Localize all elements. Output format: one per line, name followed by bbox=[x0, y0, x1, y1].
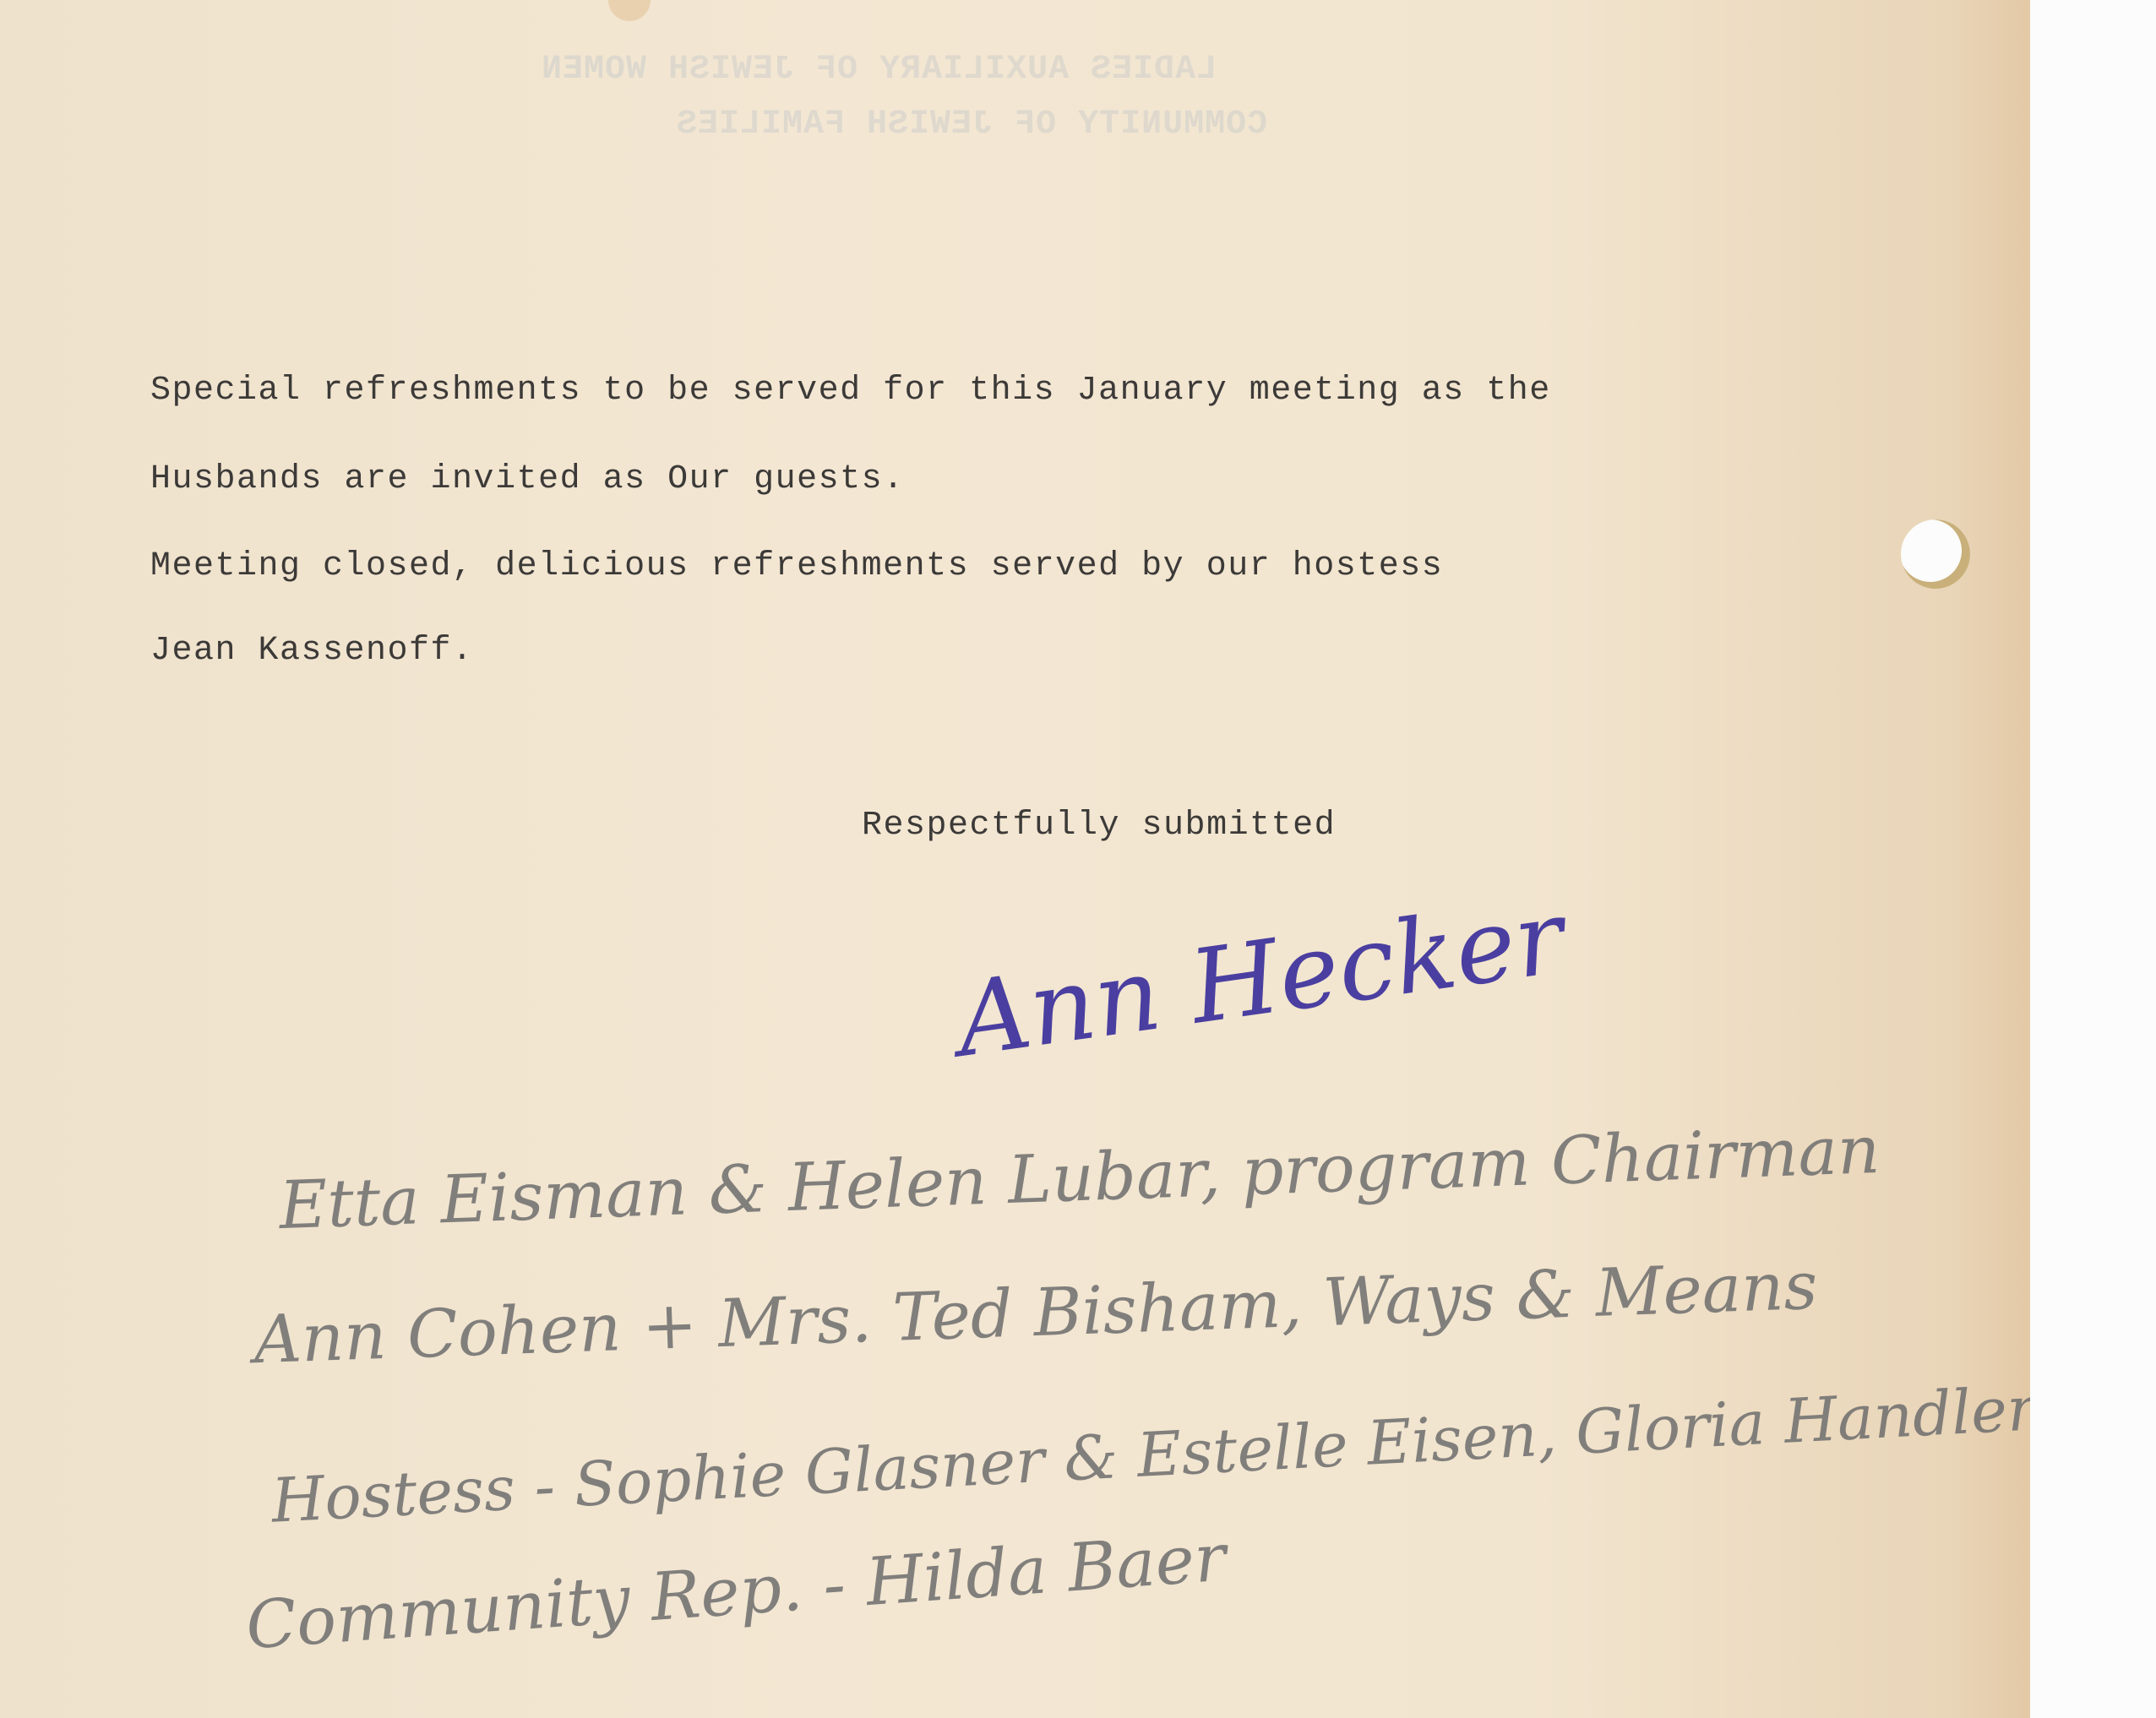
bleed-through-heading-1: LADIES AUXILIARY OF JEWISH WOMEN bbox=[541, 51, 1217, 89]
signature: Ann Hecker bbox=[950, 878, 1571, 1079]
handwritten-note-4: Community Rep. - Hilda Baer bbox=[243, 1520, 1228, 1665]
handwritten-note-2: Ann Cohen + Mrs. Ted Bisham, Ways & Mean… bbox=[253, 1248, 1819, 1379]
typed-line-1: Special refreshments to be served for th… bbox=[150, 372, 1551, 410]
typed-line-3: Meeting closed, delicious refreshments s… bbox=[150, 547, 1443, 585]
typed-line-2: Husbands are invited as Our guests. bbox=[150, 460, 905, 498]
handwritten-note-1: Etta Eisman & Helen Lubar, program Chair… bbox=[278, 1112, 1881, 1244]
handwritten-note-3: Hostess - Sophie Glasner & Estelle Eisen… bbox=[269, 1373, 2030, 1536]
water-stain bbox=[608, 0, 651, 21]
punch-hole bbox=[1901, 519, 1970, 589]
document-page: LADIES AUXILIARY OF JEWISH WOMEN COMMUNI… bbox=[0, 0, 2030, 1718]
typed-line-4: Jean Kassenoff. bbox=[150, 632, 474, 670]
bleed-through-heading-2: COMMUNITY OF JEWISH FAMILIES bbox=[676, 106, 1267, 144]
closing-text: Respectfully submitted bbox=[862, 807, 1336, 845]
